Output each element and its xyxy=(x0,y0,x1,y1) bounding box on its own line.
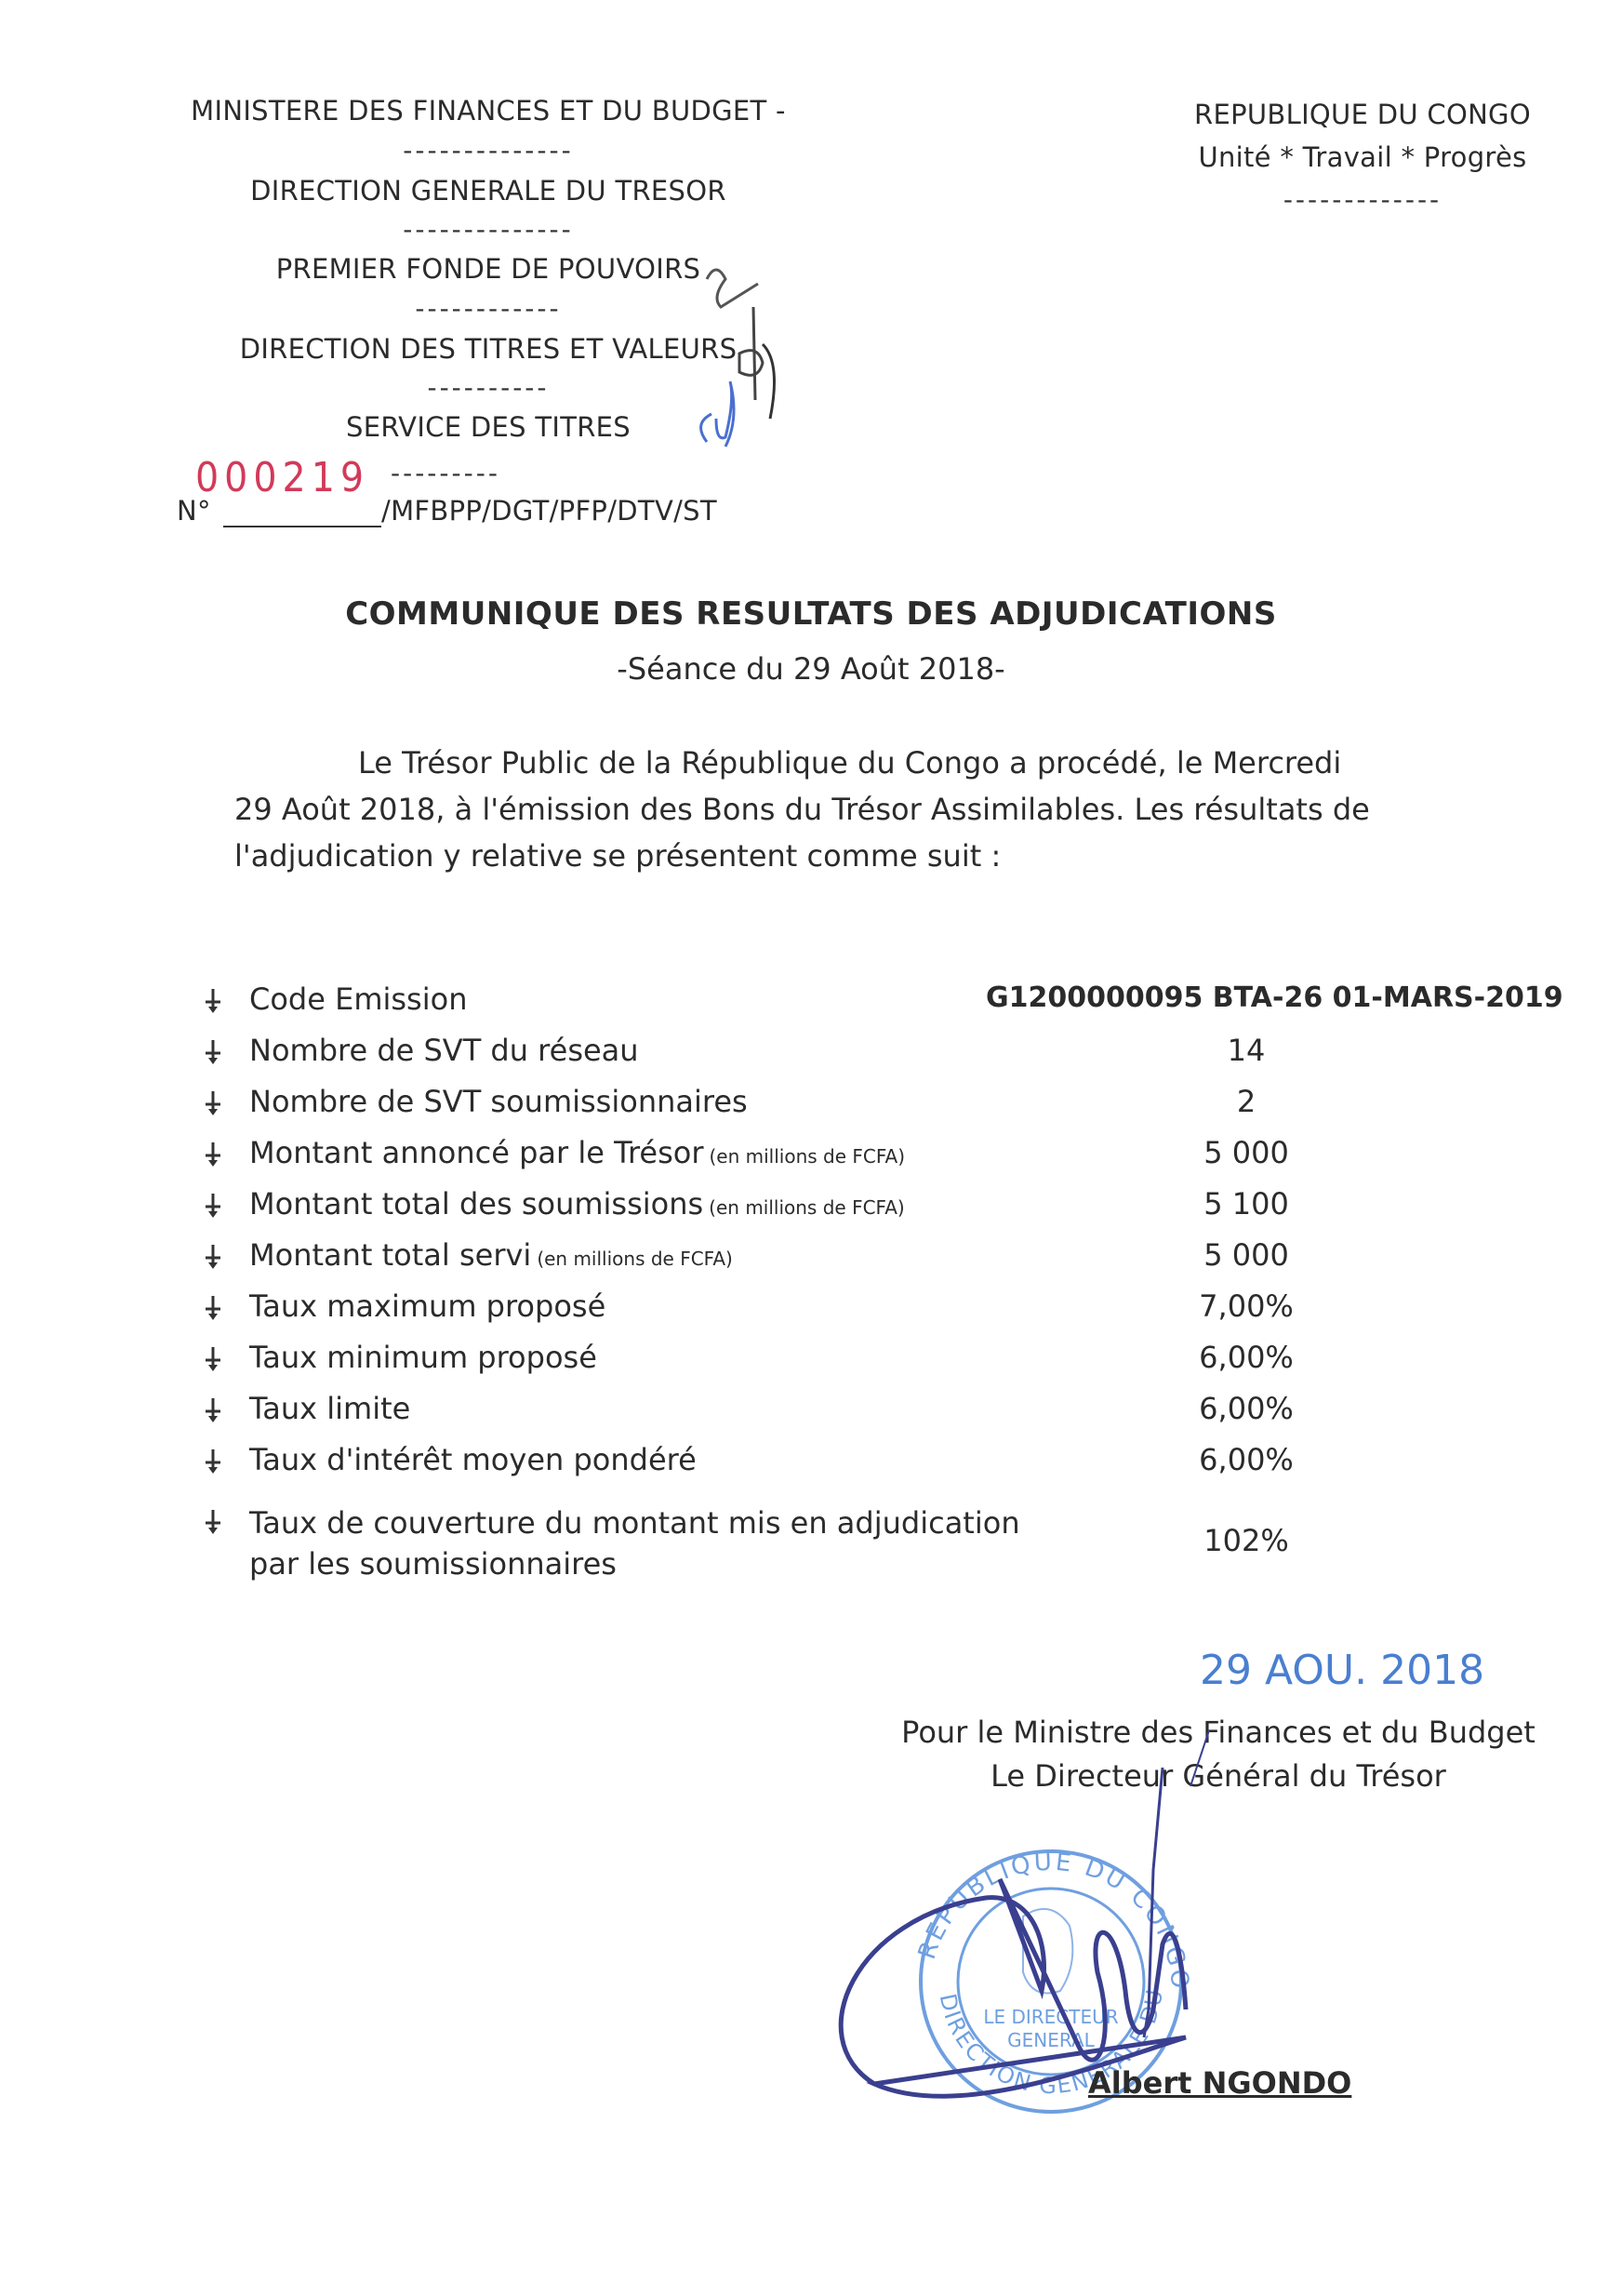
unit-note: (en millions de FCFA) xyxy=(709,1196,905,1219)
divider: -------------- xyxy=(121,214,856,245)
arrow-down-bullet-icon xyxy=(203,1396,223,1424)
handwritten-initials-icon xyxy=(688,242,800,456)
arrow-down-bullet-icon xyxy=(203,1294,223,1322)
result-label: Nombre de SVT soumissionnaires xyxy=(249,1084,748,1119)
result-label: Code Emission xyxy=(249,981,467,1017)
document-title: COMMUNIQUE DES RESULTATS DES ADJUDICATIO… xyxy=(0,595,1622,633)
ministry-heading: MINISTERE DES FINANCES ET DU BUDGET - xyxy=(121,95,856,127)
result-value: 2 xyxy=(1014,1084,1479,1119)
result-label: Taux d'intérêt moyen pondéré xyxy=(249,1442,697,1477)
result-value: 14 xyxy=(1014,1033,1479,1068)
intro-line-1: Le Trésor Public de la République du Con… xyxy=(358,740,1341,786)
arrow-down-bullet-icon xyxy=(203,1141,223,1168)
result-label: Nombre de SVT du réseau xyxy=(249,1033,639,1068)
result-label: Taux maximum proposé xyxy=(249,1288,605,1324)
divider: --------- xyxy=(391,458,500,488)
direction-generale-heading: DIRECTION GENERALE DU TRESOR xyxy=(121,175,856,207)
result-value: 6,00% xyxy=(1014,1340,1479,1375)
reference-prefix: N° xyxy=(177,495,211,527)
result-label: Montant total servi(en millions de FCFA) xyxy=(249,1237,733,1273)
arrow-down-bullet-icon xyxy=(203,1243,223,1271)
result-value: 5 000 xyxy=(1014,1237,1479,1273)
divider: -------------- xyxy=(121,135,856,166)
signatory-name: Albert NGONDO xyxy=(1088,2065,1351,2101)
result-label: Taux minimum proposé xyxy=(249,1340,597,1375)
unit-note: (en millions de FCFA) xyxy=(537,1248,733,1270)
national-motto: Unité * Travail * Progrès xyxy=(1144,141,1581,173)
divider: ------------- xyxy=(1144,184,1581,215)
result-value: 5 100 xyxy=(1014,1186,1479,1221)
session-date: -Séance du 29 Août 2018- xyxy=(0,651,1622,687)
reference-blank-line xyxy=(223,526,381,527)
arrow-down-bullet-icon xyxy=(203,1345,223,1373)
arrow-down-bullet-icon xyxy=(203,1508,223,1536)
signature-icon xyxy=(818,1730,1265,2121)
arrow-down-bullet-icon xyxy=(203,1038,223,1066)
result-value: 7,00% xyxy=(1014,1288,1479,1324)
intro-line-2: 29 Août 2018, à l'émission des Bons du T… xyxy=(234,786,1370,833)
result-label: Taux de couverture du montant mis en adj… xyxy=(249,1502,1020,1584)
result-value: 6,00% xyxy=(1014,1442,1479,1477)
arrow-down-bullet-icon xyxy=(203,1192,223,1220)
result-label: Montant total des soumissions(en million… xyxy=(249,1186,905,1221)
arrow-down-bullet-icon xyxy=(203,1448,223,1475)
unit-note: (en millions de FCFA) xyxy=(710,1145,906,1168)
result-value: 5 000 xyxy=(1014,1135,1479,1170)
arrow-down-bullet-icon xyxy=(203,987,223,1015)
result-value: 102% xyxy=(1014,1523,1479,1558)
intro-line-3: l'adjudication y relative se présentent … xyxy=(234,833,1001,879)
result-value: 6,00% xyxy=(1014,1391,1479,1426)
result-label: Montant annoncé par le Trésor(en million… xyxy=(249,1135,905,1170)
result-label: Taux limite xyxy=(249,1391,410,1426)
date-stamp: 29 AOU. 2018 xyxy=(1200,1647,1484,1694)
country-heading: REPUBLIQUE DU CONGO xyxy=(1144,99,1581,130)
reference-number-stamp: 000219 xyxy=(195,454,369,501)
result-value: G1200000095 BTA-26 01-MARS-2019 xyxy=(986,981,1469,1014)
reference-suffix: /MFBPP/DGT/PFP/DTV/ST xyxy=(381,495,717,527)
arrow-down-bullet-icon xyxy=(203,1089,223,1117)
